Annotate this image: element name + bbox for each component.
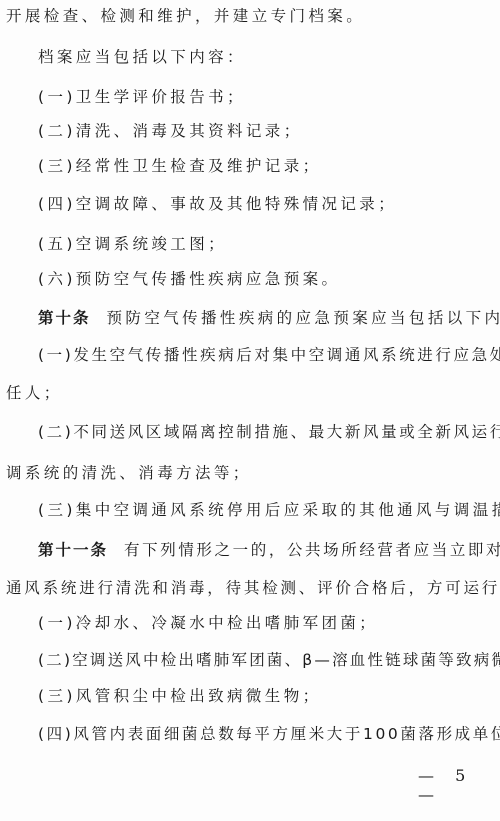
article-heading: 第十条	[38, 309, 91, 327]
list-item: (四)空调故障、事故及其他特殊情况记录；	[38, 194, 397, 214]
list-item: (三)风管积尘中检出致病微生物；	[38, 686, 322, 706]
list-item: (一)冷却水、冷凝水中检出嗜肺军团菌；	[38, 613, 378, 633]
list-item: (三)集中空调通风系统停用后应采取的其他通风与调温措施。	[38, 500, 500, 520]
text-line: 通风系统进行清洗和消毒，待其检测、评价合格后，方可运行：	[6, 578, 500, 598]
list-item: (一)发生空气传播性疾病后对集中空调通风系统进行应急处理的责	[38, 345, 500, 365]
list-item: (一)卫生学评价报告书；	[38, 87, 246, 107]
list-item: (五)空调系统竣工图；	[38, 234, 227, 254]
list-item: (二)空调送风中检出嗜肺军团菌、β—溶血性链球菌等致病微生物；	[38, 650, 500, 670]
list-item: (四)风管内表面细菌总数每平方厘米大于100菌落形成单位；	[38, 724, 500, 744]
article-text: 预防空气传播性疾病的应急预案应当包括以下内容：	[107, 309, 500, 327]
list-item: (六)预防空气传播性疾病应急预案。	[38, 269, 340, 289]
text-line: 调系统的清洗、消毒方法等；	[6, 463, 252, 483]
page-number: — 5 —	[418, 766, 500, 804]
text-line: 任人；	[6, 383, 63, 403]
list-item: (二)清洗、消毒及其资料记录；	[38, 121, 303, 141]
article-line: 第十条预防空气传播性疾病的应急预案应当包括以下内容：	[38, 308, 500, 328]
list-item: (三)经常性卫生检查及维护记录；	[38, 156, 322, 176]
article-line: 第十一条有下列情形之一的，公共场所经营者应当立即对集中空调	[38, 540, 500, 560]
article-text: 有下列情形之一的，公共场所经营者应当立即对集中空调	[124, 541, 500, 559]
article-heading: 第十一条	[38, 541, 108, 559]
document-page: 开展检查、检测和维护，并建立专门档案。 档案应当包括以下内容： (一)卫生学评价…	[0, 0, 500, 821]
text-line: 开展检查、检测和维护，并建立专门档案。	[6, 6, 365, 26]
text-line: 档案应当包括以下内容：	[38, 47, 246, 67]
list-item: (二)不同送风区域隔离控制措施、最大新风量或全新风运行方案、空	[38, 422, 500, 442]
